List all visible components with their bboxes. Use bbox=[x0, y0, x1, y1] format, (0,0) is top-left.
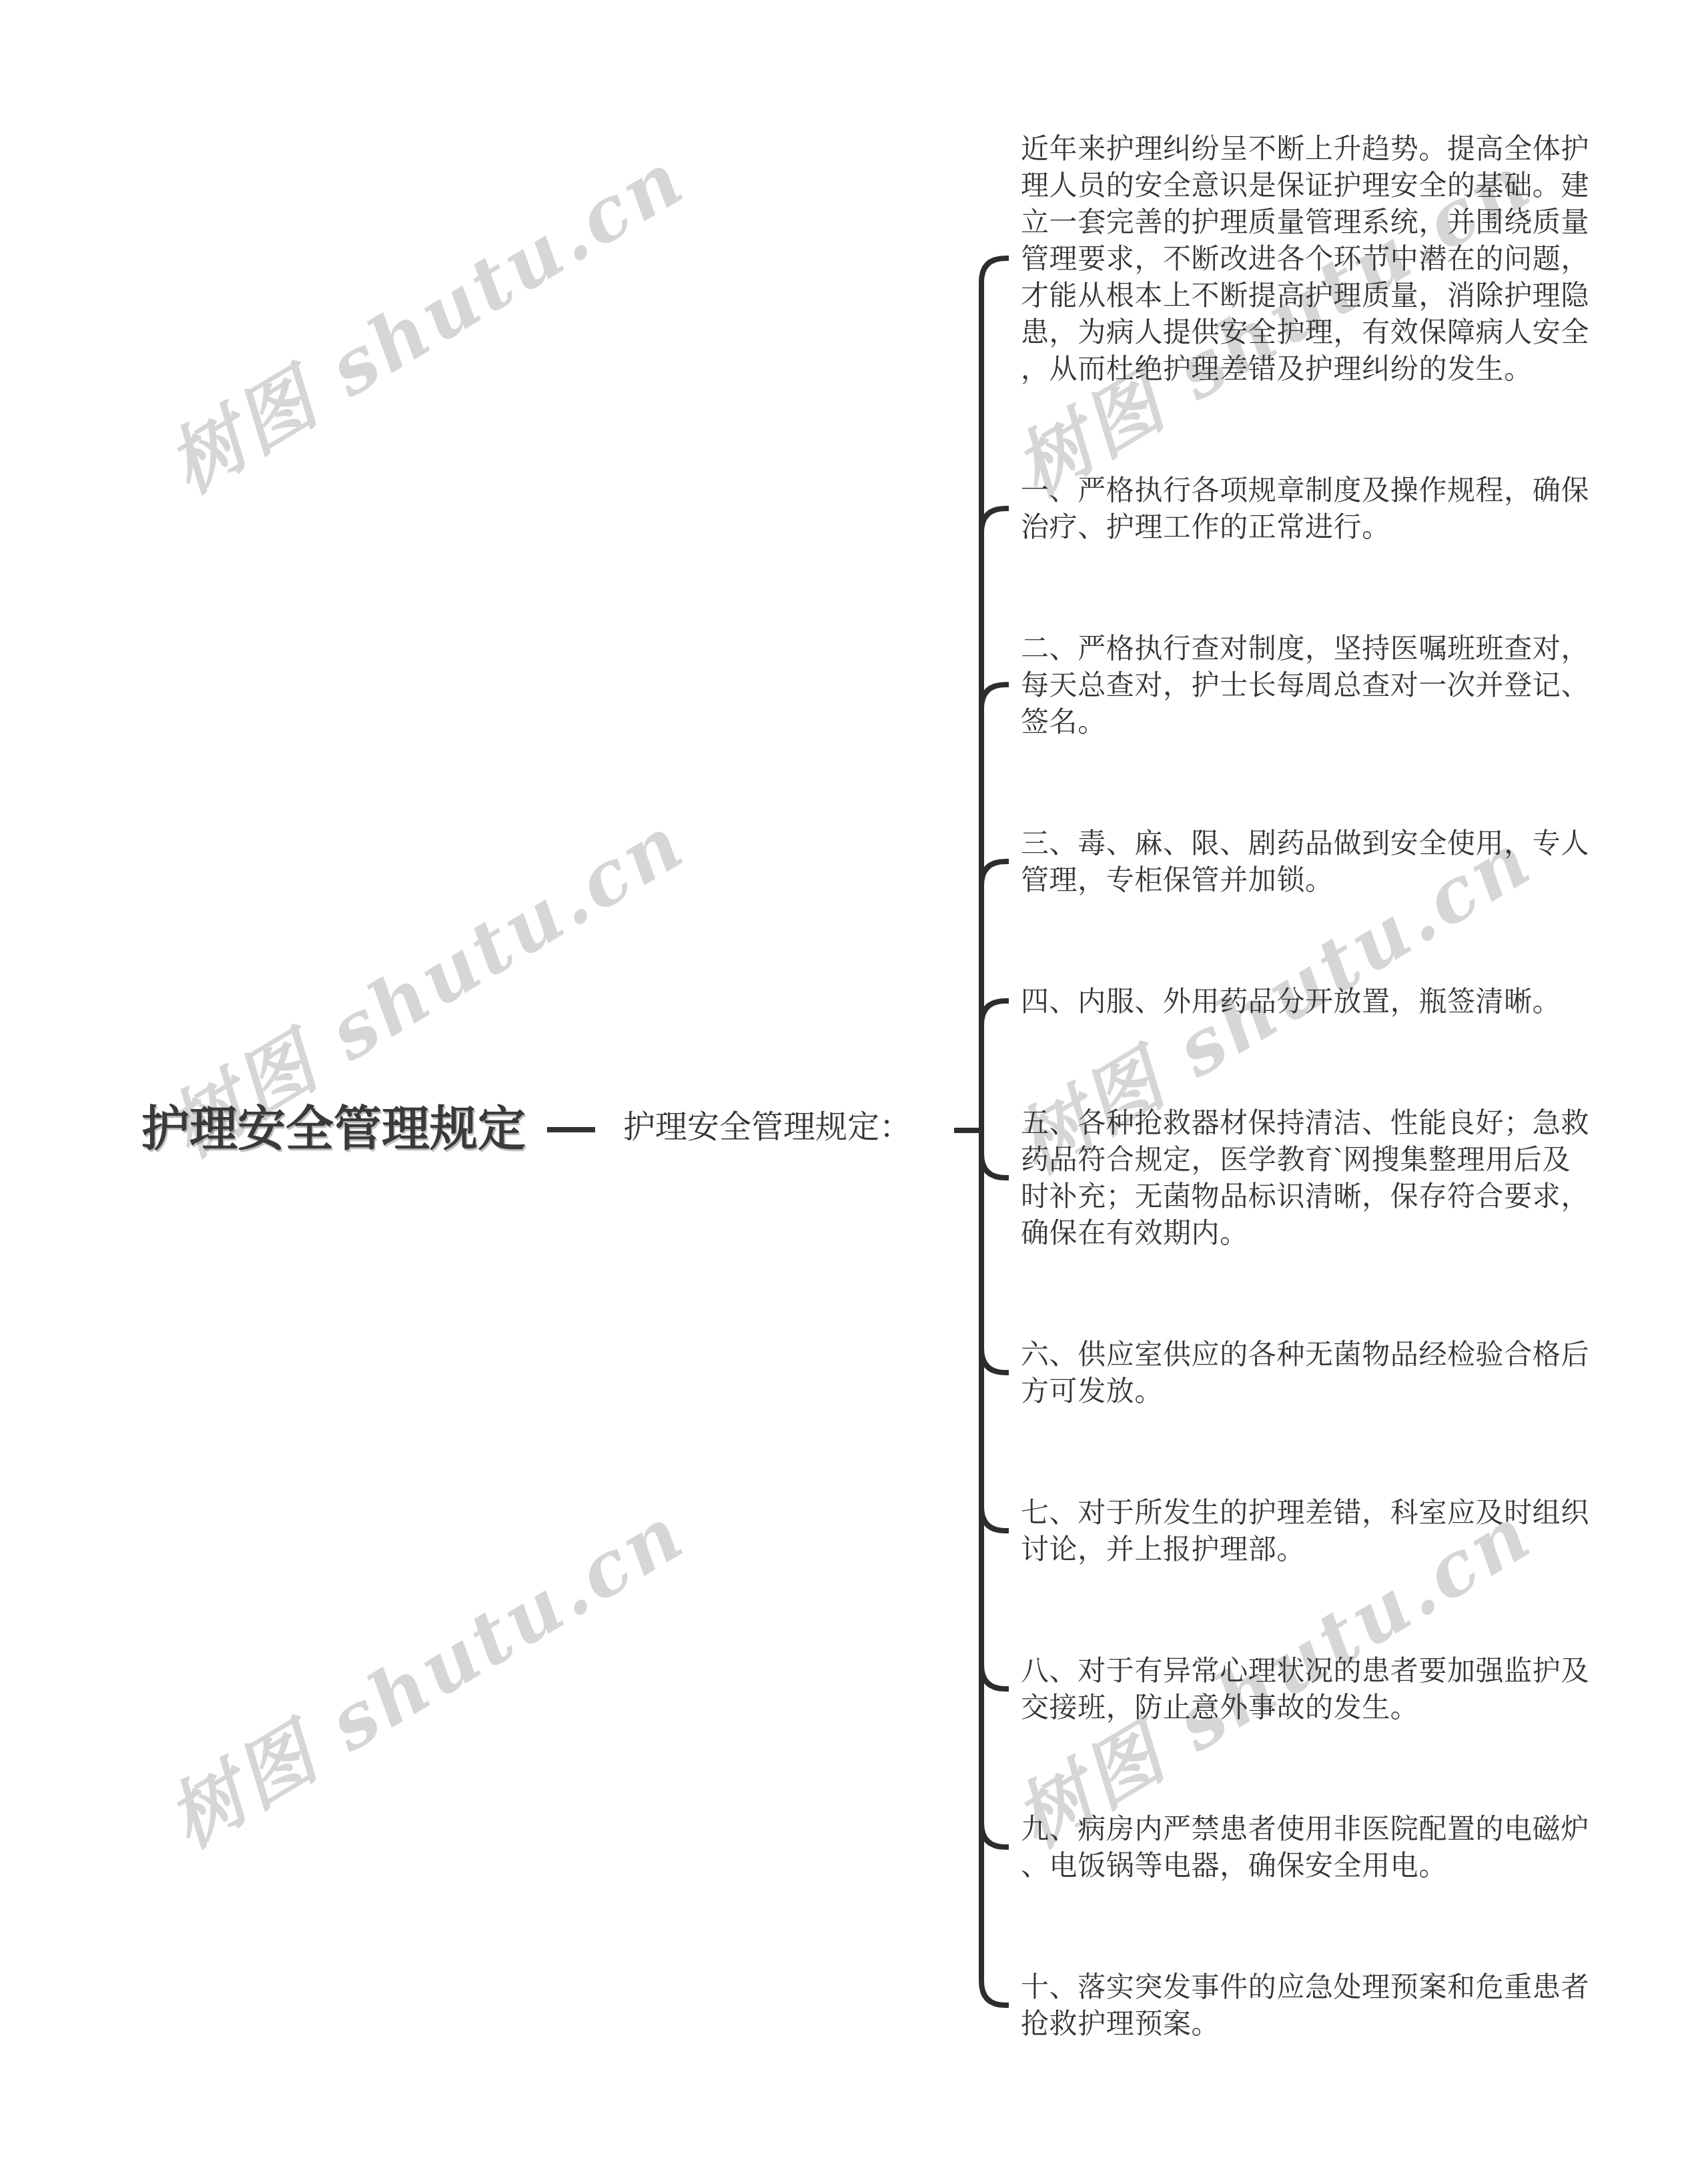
branch-connector bbox=[981, 1349, 1009, 1373]
branch-node-7: 七、对于所发生的护理差错，科室应及时组织 讨论，并上报护理部。 bbox=[1021, 1494, 1621, 1567]
branch-connector bbox=[981, 685, 1009, 709]
branch-node-5: 五、各种抢救器材保持清洁、性能良好；急救 药品符合规定，医学教育`网搜集整理用后… bbox=[1021, 1104, 1621, 1251]
branch-node-4: 四、内服、外用药品分开放置，瓶签清晰。 bbox=[1021, 983, 1621, 1020]
root-title-dash bbox=[547, 1127, 595, 1132]
branch-node-10: 十、落实突发事件的应急处理预案和危重患者 抢救护理预案。 bbox=[1021, 1968, 1621, 2042]
root-title: 护理安全管理规定 bbox=[141, 1101, 526, 1157]
branch-node-1: 一、严格执行各项规章制度及操作规程，确保 治疗、护理工作的正常进行。 bbox=[1021, 472, 1621, 545]
branch-connector bbox=[981, 1823, 1009, 1847]
mindmap-canvas: 树图 shutu.cn 树图 shutu.cn 树图 shutu.cn 树图 s… bbox=[0, 0, 1708, 2172]
root-node-label: 护理安全管理规定： bbox=[623, 1109, 911, 1146]
branch-connector bbox=[981, 1154, 1009, 1178]
branch-node-intro: 近年来护理纠纷呈不断上升趋势。提高全体护 理人员的安全意识是保证护理安全的基础。… bbox=[1021, 130, 1621, 387]
branch-node-9: 九、病房内严禁患者使用非医院配置的电磁炉 、电饭锅等电器，确保安全用电。 bbox=[1021, 1810, 1621, 1884]
branch-connector bbox=[981, 1507, 1009, 1531]
branch-connector bbox=[981, 508, 1009, 532]
branch-node-8: 八、对于有异常心理状况的患者要加强监护及 交接班，防止意外事故的发生。 bbox=[1021, 1652, 1621, 1726]
branch-connector bbox=[981, 861, 1009, 885]
branch-node-6: 六、供应室供应的各种无菌物品经检验合格后 方可发放。 bbox=[1021, 1336, 1621, 1409]
branch-node-2: 二、严格执行查对制度，坚持医嘱班班查对， 每天总查对，护士长每周总查对一次并登记… bbox=[1021, 630, 1621, 740]
branch-connector bbox=[981, 1001, 1009, 1025]
branch-node-3: 三、毒、麻、限、剧药品做到安全使用，专人 管理，专柜保管并加锁。 bbox=[1021, 825, 1621, 898]
branch-connector bbox=[981, 1665, 1009, 1689]
